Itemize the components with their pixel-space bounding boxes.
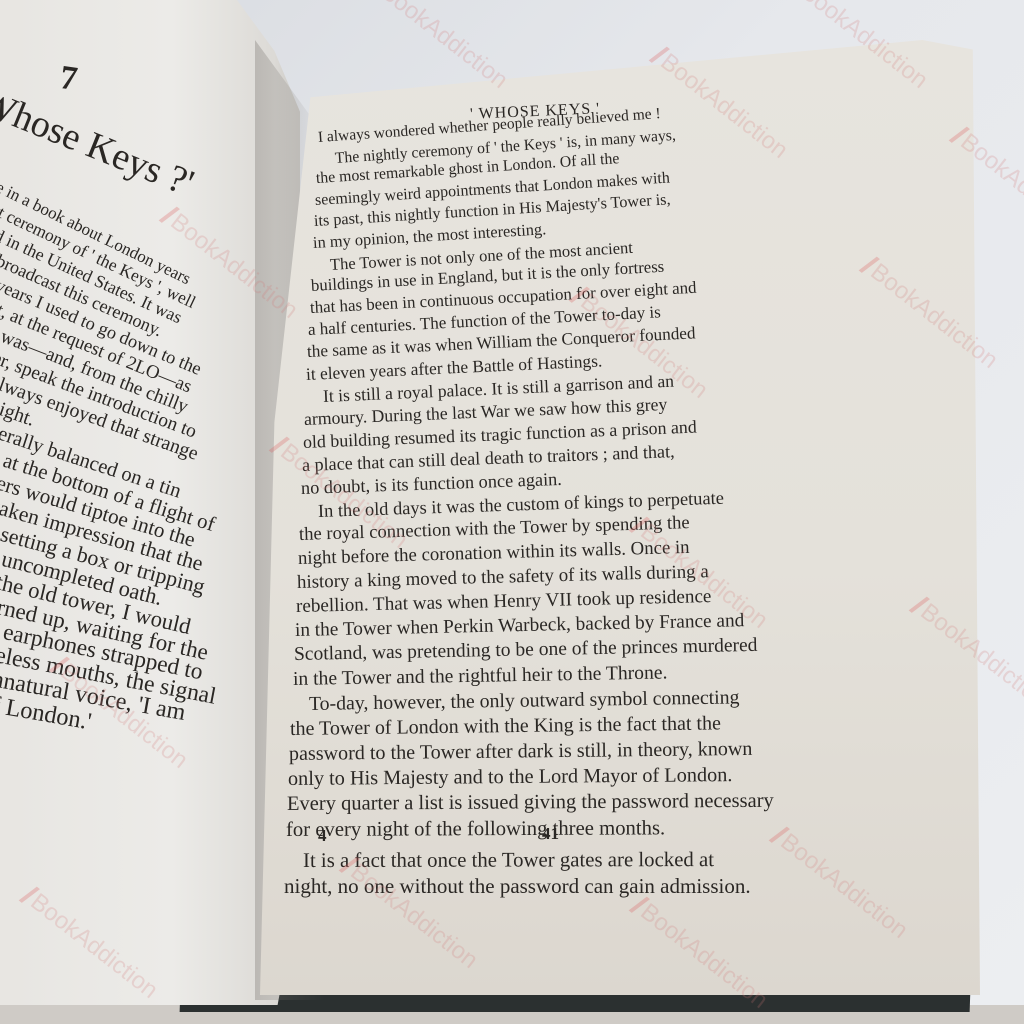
book-photo: 7 Whose Keys ?' rote in a book about Lon…: [0, 0, 1024, 1024]
right-page-text: I always wondered whether people really …: [318, 128, 838, 899]
text-line: only to His Majesty and to the Lord Mayo…: [288, 762, 838, 792]
text-line: night, no one without the password can g…: [284, 873, 838, 899]
text-line: for every night of the following three m…: [286, 815, 838, 843]
signature-mark: 4: [318, 826, 327, 846]
page-number: 41: [542, 824, 559, 844]
text-line: It is a fact that once the Tower gates a…: [303, 846, 838, 873]
chapter-number: 7: [57, 59, 79, 99]
text-line: Every quarter a list is issued giving th…: [287, 789, 838, 818]
